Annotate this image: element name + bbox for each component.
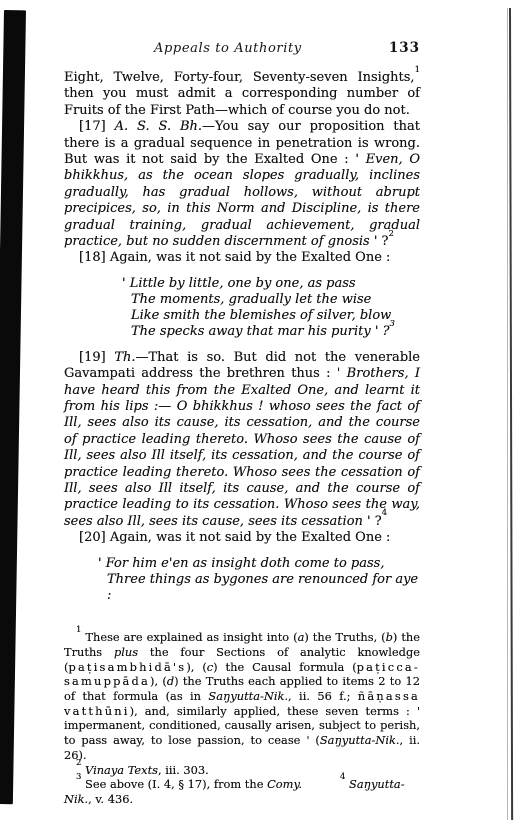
text-run: [18] Again, was it not said by the Exalt…	[79, 250, 390, 265]
text-run: ' ?	[363, 514, 382, 529]
verse-line: ' Little by little, one by one, as pass	[122, 276, 420, 292]
text-run: ' Little by little, one by one, as pass	[122, 276, 356, 291]
verse: ' For him e'en as insight doth come to p…	[98, 556, 420, 605]
text-run: [17]	[79, 119, 115, 134]
text-run: Brothers, I have heard this from the Exa…	[64, 366, 420, 529]
text-run: Saŋyutta-Nik.	[208, 689, 288, 703]
text-run: , iii. 303.	[158, 763, 209, 777]
paragraph: Eight, Twelve, Forty-four, Seventy-seven…	[64, 70, 420, 119]
text-run: [20] Again, was it not said by the Exalt…	[79, 530, 390, 545]
footnote-marker: 3	[390, 319, 395, 329]
footnote: 3 See above (I. 4, § 17), from the Comy.…	[64, 777, 420, 806]
footnote-marker: 2	[76, 758, 81, 768]
text-run: ) the Truths, (	[304, 630, 385, 644]
paragraph: [19] Th.—That is so. But did not the ven…	[64, 350, 420, 530]
text-run: , ii. 56 f.;	[288, 689, 358, 703]
verse-line: Three things as bygones are renounced fo…	[98, 572, 420, 604]
text-run: ) the Causal formula (	[213, 660, 357, 674]
text-run: ), (	[150, 674, 167, 688]
footnote: 1 These are explained as insight into (a…	[64, 630, 420, 762]
text-run: These are explained as insight into (	[81, 630, 297, 644]
text-run: A. S. S. Bh.	[115, 119, 202, 134]
text-run: ' For him e'en as insight doth come to p…	[98, 556, 384, 571]
verse-line: The moments, gradually let the wise	[122, 292, 420, 308]
paragraph: [17] A. S. S. Bh.—You say our propositio…	[64, 119, 420, 250]
verse-line: Like smith the blemishes of silver, blow	[122, 308, 420, 324]
footnote-marker: 1	[76, 625, 81, 635]
text-run: Saŋyutta-Nik.	[320, 733, 400, 747]
footnotes: 1 These are explained as insight into (a…	[64, 630, 420, 806]
book-page-scan: Appeals to Authority 133 Eight, Twelve, …	[0, 0, 517, 820]
footnote-marker: 4	[340, 772, 345, 782]
paragraph: [18] Again, was it not said by the Exalt…	[64, 250, 420, 266]
footnote-marker: 3	[76, 772, 81, 782]
text-run: , v. 436.	[88, 792, 133, 806]
text-run: [19]	[79, 350, 114, 365]
binding-gutter-bar	[0, 10, 26, 804]
footnote-marker: 2	[389, 229, 394, 239]
text-run: See above (I. 4, § 17), from the	[81, 777, 267, 791]
text-run: The specks away that mar his purity ' ?	[131, 324, 390, 339]
text-run: Eight, Twelve, Forty-four, Seventy-seven…	[64, 70, 415, 85]
text-run: then you must admit a corresponding numb…	[64, 86, 420, 117]
text-run: Like smith the blemishes of silver, blow	[131, 308, 391, 323]
footnote-marker: 1	[415, 65, 420, 75]
text-run: Th.	[114, 350, 135, 365]
running-header: Appeals to Authority 133	[64, 40, 420, 56]
footnote-marker: 4	[382, 508, 387, 518]
verse: ' Little by little, one by one, as passT…	[122, 276, 420, 341]
text-run: Three things as bygones are renounced fo…	[107, 572, 418, 603]
text-run: paṭisambhidā's	[68, 660, 186, 674]
text-run: Comy.	[267, 777, 302, 791]
text-run: plus	[114, 645, 138, 659]
chapter-title: Appeals to Authority	[154, 41, 302, 56]
text-run: ' ?	[370, 234, 389, 249]
body-text: Eight, Twelve, Forty-four, Seventy-seven…	[64, 70, 420, 604]
verse-line: ' For him e'en as insight doth come to p…	[98, 556, 420, 572]
verse-line: The specks away that mar his purity ' ?3	[122, 324, 420, 340]
page-edge-line-light	[507, 8, 508, 820]
text-run: Vinaya Texts	[85, 763, 158, 777]
text-run: b	[386, 630, 393, 644]
text-run: The moments, gradually let the wise	[131, 292, 371, 307]
paragraph: [20] Again, was it not said by the Exalt…	[64, 530, 420, 546]
footnote: 2 Vinaya Texts, iii. 303.	[64, 763, 420, 778]
page-number: 133	[389, 40, 420, 56]
text-run: ), (	[186, 660, 206, 674]
page-content: Appeals to Authority 133 Eight, Twelve, …	[64, 40, 420, 807]
page-edge-line-dark	[509, 8, 513, 820]
